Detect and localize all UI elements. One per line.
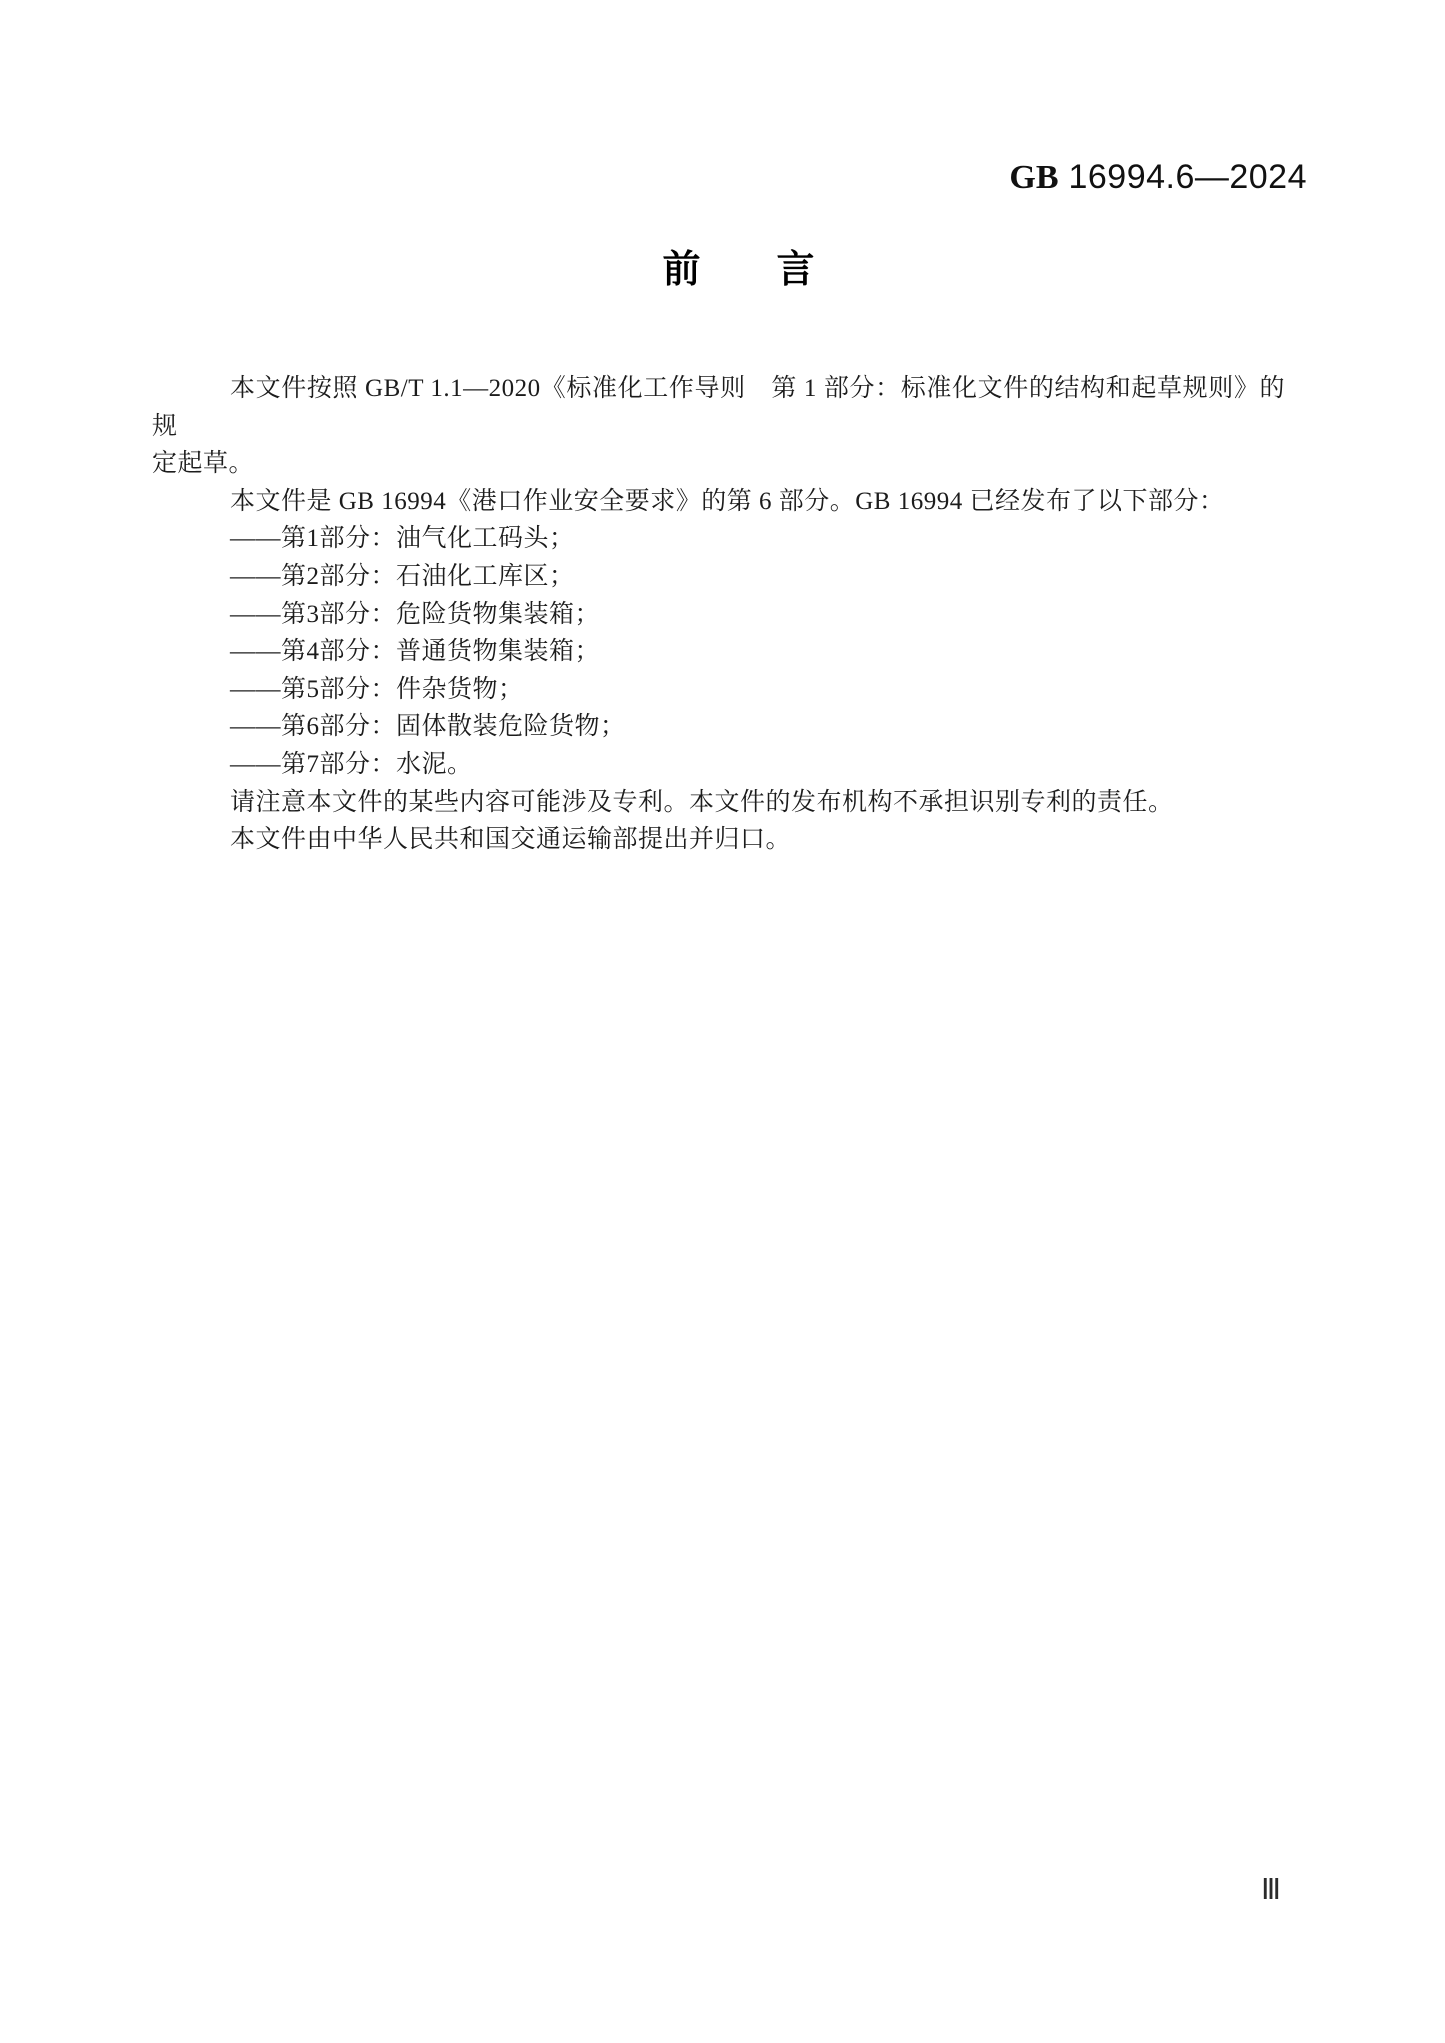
- paragraph-line: 本文件按照 GB/T 1.1—2020《标准化工作导则 第 1 部分：标准化文件…: [152, 370, 1285, 445]
- foreword-body: 本文件按照 GB/T 1.1—2020《标准化工作导则 第 1 部分：标准化文件…: [152, 370, 1285, 859]
- list-item-part3: ——第3部分：危险货物集装箱；: [152, 596, 1285, 634]
- paragraph-line: 本文件由中华人民共和国交通运输部提出并归口。: [152, 821, 1285, 859]
- document-page: GB 16994.6—2024 前 言 本文件按照 GB/T 1.1—2020《…: [0, 0, 1445, 2043]
- list-item-part2: ——第2部分：石油化工库区；: [152, 558, 1285, 596]
- page-number: Ⅲ: [1261, 1876, 1281, 1905]
- standard-code-number: 16994.6—2024: [1059, 158, 1307, 196]
- list-item-part1: ——第1部分：油气化工码头；: [152, 520, 1285, 558]
- list-item-part4: ——第4部分：普通货物集装箱；: [152, 633, 1285, 671]
- standard-code: GB 16994.6—2024: [1009, 160, 1307, 195]
- list-item-part6: ——第6部分：固体散装危险货物；: [152, 708, 1285, 746]
- page-title: 前 言: [152, 251, 1285, 289]
- paragraph-line: 请注意本文件的某些内容可能涉及专利。本文件的发布机构不承担识别专利的责任。: [152, 784, 1285, 822]
- paragraph-line: 定起草。: [152, 445, 1285, 483]
- paragraph-line: 本文件是 GB 16994《港口作业安全要求》的第 6 部分。GB 16994 …: [152, 483, 1285, 521]
- list-item-part7: ——第7部分：水泥。: [152, 746, 1285, 784]
- list-item-part5: ——第5部分：件杂货物；: [152, 671, 1285, 709]
- standard-code-prefix: GB: [1009, 159, 1058, 196]
